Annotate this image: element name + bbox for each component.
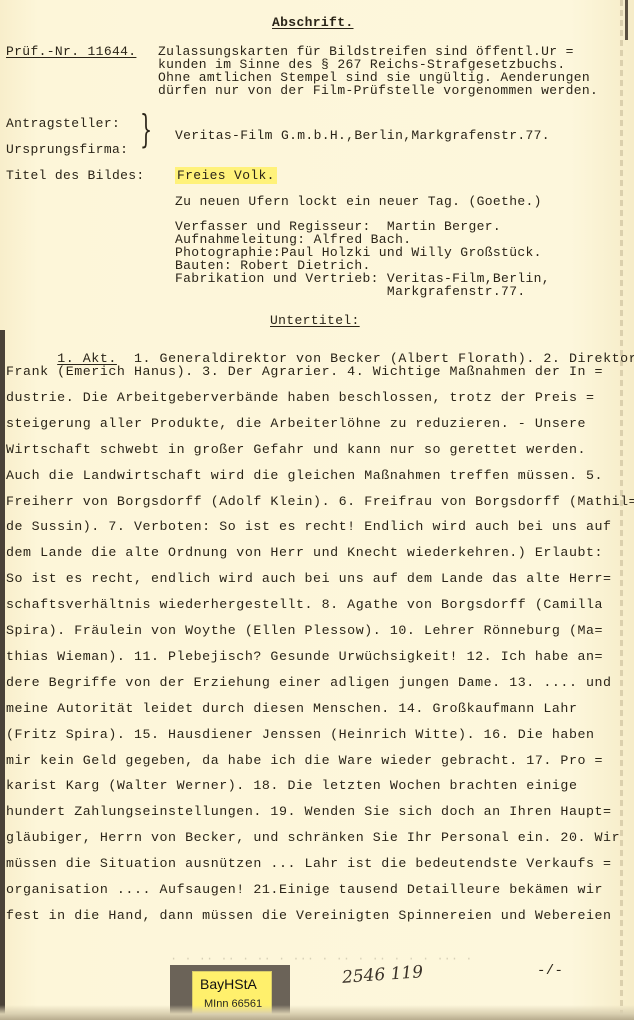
body-line: müssen die Situation ausnützen ... Lahr … xyxy=(6,857,612,870)
body-line: gläubiger, Herrn von Becker, und schränk… xyxy=(6,831,620,844)
origin-company-label: Ursprungsfirma: xyxy=(6,143,128,156)
company-value: Veritas-Film G.m.b.H.,Berlin,Markgrafens… xyxy=(175,129,550,142)
body-line: dere Begriffe von der Erziehung einer ad… xyxy=(6,676,612,689)
page-bottom-edge xyxy=(0,1005,634,1020)
credit-line: Markgrafenstr.77. xyxy=(175,285,526,298)
body-line: meine Autorität leidet durch diesen Mens… xyxy=(6,702,577,715)
body-line: Freiherr von Borgsdorff (Adolf Klein). 6… xyxy=(6,495,634,508)
body-line: organisation .... Aufsaugen! 21.Einige t… xyxy=(6,883,603,896)
document-heading: Abschrift. xyxy=(272,16,354,29)
film-title: Freies Volk. xyxy=(175,167,277,184)
title-label: Titel des Bildes: xyxy=(6,169,145,182)
body-line: Auch die Landwirtschaft wird die gleiche… xyxy=(6,469,603,482)
body-line: steigerung aller Produkte, die Arbeiterl… xyxy=(6,417,586,430)
body-line: schaftsverhältnis wiederhergestellt. 8. … xyxy=(6,598,603,611)
motto: Zu neuen Ufern lockt ein neuer Tag. (Goe… xyxy=(175,195,542,208)
bleed-through-text: · · ·· ·· · ·· · ··· · ·· · ·· · · · ···… xyxy=(170,952,472,966)
brace-symbol: } xyxy=(140,110,152,148)
subtitles-heading: Untertitel: xyxy=(270,314,360,327)
body-line: Wirtschaft schwebt in großer Gefahr und … xyxy=(6,443,586,456)
paper-edge-mark xyxy=(625,0,628,40)
body-line: Frank (Emerich Hanus). 3. Der Agrarier. … xyxy=(6,365,603,378)
body-line: dem Lande die alte Ordnung von Herr und … xyxy=(6,546,603,559)
body-line: dustrie. Die Arbeitgeberverbände haben b… xyxy=(6,391,595,404)
body-line: So ist es recht, endlich wird auch bei u… xyxy=(6,572,612,585)
body-line: Spira). Fräulein von Woythe (Ellen Pless… xyxy=(6,624,603,637)
handwritten-note: 2546 119 xyxy=(341,962,423,988)
body-line: thias Wieman). 11. Plebejisch? Gesunde U… xyxy=(6,650,603,663)
body-line: mir kein Geld gegeben, da habe ich die W… xyxy=(6,754,603,767)
body-line: de Sussin). 7. Verboten: So ist es recht… xyxy=(6,520,612,533)
document-page: Abschrift. Prüf.-Nr. 11644. Zulassungska… xyxy=(0,0,634,1020)
applicant-label: Antragsteller: xyxy=(6,117,120,130)
body-line: karist Karg (Walter Werner). 18. Die let… xyxy=(6,779,577,792)
end-mark: -/- xyxy=(537,965,563,978)
pruef-number: Prüf.-Nr. 11644. xyxy=(6,45,136,58)
body-line: fest in die Hand, dann müssen die Verein… xyxy=(6,909,612,922)
paper-fold-right xyxy=(620,0,623,1020)
notice-line: dürfen nur von der Film-Prüfstelle vorge… xyxy=(158,84,598,97)
body-line: hundert Zahlungseinstellungen. 19. Wende… xyxy=(6,805,612,818)
scan-edge-left xyxy=(0,330,5,1020)
archive-label-name: BayHStA xyxy=(200,976,257,992)
body-line: (Fritz Spira). 15. Hausdiener Jenssen (H… xyxy=(6,728,595,741)
